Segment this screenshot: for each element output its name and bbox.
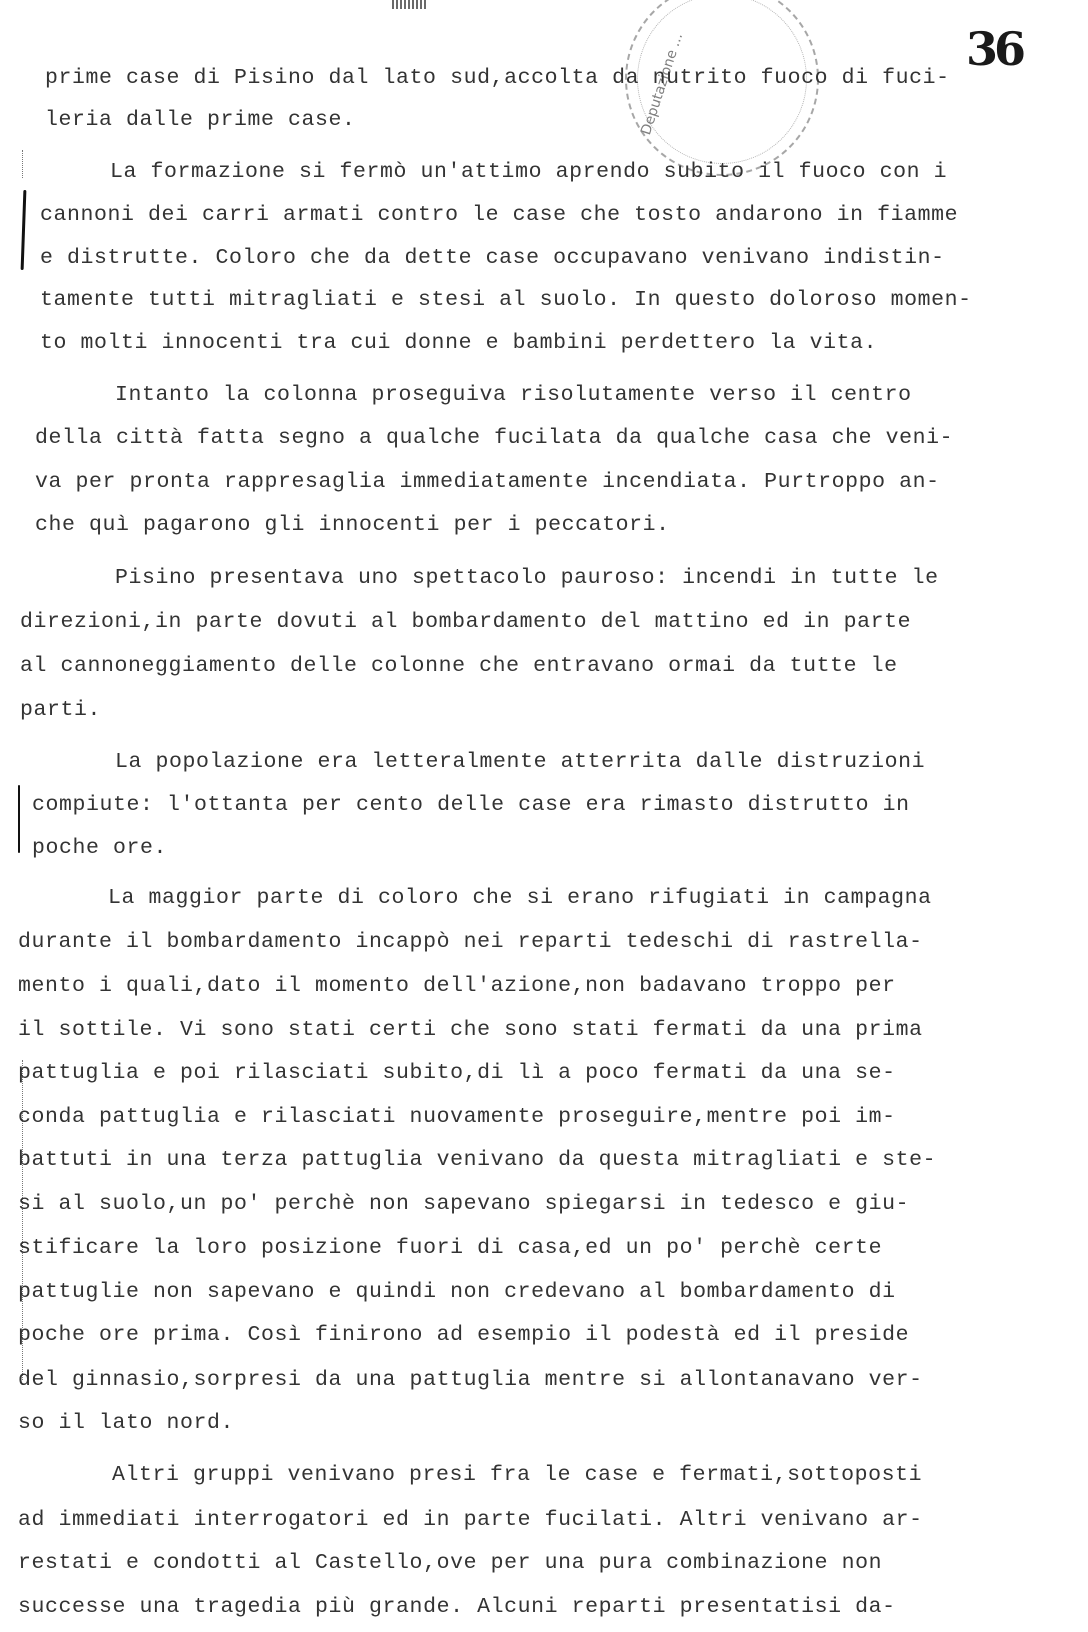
text-line: direzioni,in parte dovuti al bombardamen… xyxy=(20,612,911,634)
text-line: parti. xyxy=(20,700,101,722)
text-line: poche ore. xyxy=(32,838,167,860)
text-line: stificare la loro posizione fuori di cas… xyxy=(18,1238,882,1260)
archive-mark xyxy=(392,0,426,9)
text-line: va per pronta rappresaglia immediatament… xyxy=(35,472,940,494)
page-number: 36 xyxy=(966,22,1022,76)
text-line: Altri gruppi venivano presi fra le case … xyxy=(112,1465,922,1487)
text-line: prime case di Pisino dal lato sud,accolt… xyxy=(45,68,950,90)
text-line: pattuglie non sapevano e quindi non cred… xyxy=(18,1282,896,1304)
text-line: al cannoneggiamento delle colonne che en… xyxy=(20,656,898,678)
document-page: Deputazione ... 36 prime case di Pisino … xyxy=(0,0,1088,1632)
margin-mark-bar xyxy=(18,785,20,853)
text-line: e distrutte. Coloro che da dette case oc… xyxy=(40,248,945,270)
text-line: to molti innocenti tra cui donne e bambi… xyxy=(40,333,877,355)
text-line: compiute: l'ottanta per cento delle case… xyxy=(32,795,910,817)
text-line: La formazione si fermò un'attimo aprendo… xyxy=(110,162,947,184)
text-line: battuti in una terza pattuglia venivano … xyxy=(18,1150,936,1172)
text-line: so il lato nord. xyxy=(18,1413,234,1435)
text-line: pattuglia e poi rilasciati subito,di lì … xyxy=(18,1063,896,1085)
text-line: Intanto la colonna proseguiva risolutame… xyxy=(115,385,912,407)
text-line: il sottile. Vi sono stati certi che sono… xyxy=(18,1020,923,1042)
text-line: che quì pagarono gli innocenti per i pec… xyxy=(35,515,670,537)
text-line: leria dalle prime case. xyxy=(45,110,356,132)
text-line: La popolazione era letteralmente atterri… xyxy=(115,752,925,774)
text-line: restati e condotti al Castello,ove per u… xyxy=(18,1553,882,1575)
text-line: tamente tutti mitragliati e stesi al suo… xyxy=(40,290,972,312)
margin-mark-dotted xyxy=(22,150,24,178)
text-line: Pisino presentava uno spettacolo pauroso… xyxy=(115,568,939,590)
text-line: conda pattuglia e rilasciati nuovamente … xyxy=(18,1107,896,1129)
text-line: poche ore prima. Così finirono ad esempi… xyxy=(18,1325,909,1347)
text-line: successe una tragedia più grande. Alcuni… xyxy=(18,1597,896,1619)
text-line: durante il bombardamento incappò nei rep… xyxy=(18,932,923,954)
text-line: della città fatta segno a qualche fucila… xyxy=(35,428,953,450)
text-line: si al suolo,un po' perchè non sapevano s… xyxy=(18,1194,909,1216)
text-line: cannoni dei carri armati contro le case … xyxy=(40,205,958,227)
text-line: del ginnasio,sorpresi da una pattuglia m… xyxy=(18,1370,923,1392)
margin-mark-bar xyxy=(21,190,27,270)
text-line: mento i quali,dato il momento dell'azion… xyxy=(18,976,896,998)
text-line: ad immediati interrogatori ed in parte f… xyxy=(18,1510,923,1532)
text-line: La maggior parte di coloro che si erano … xyxy=(108,888,932,910)
